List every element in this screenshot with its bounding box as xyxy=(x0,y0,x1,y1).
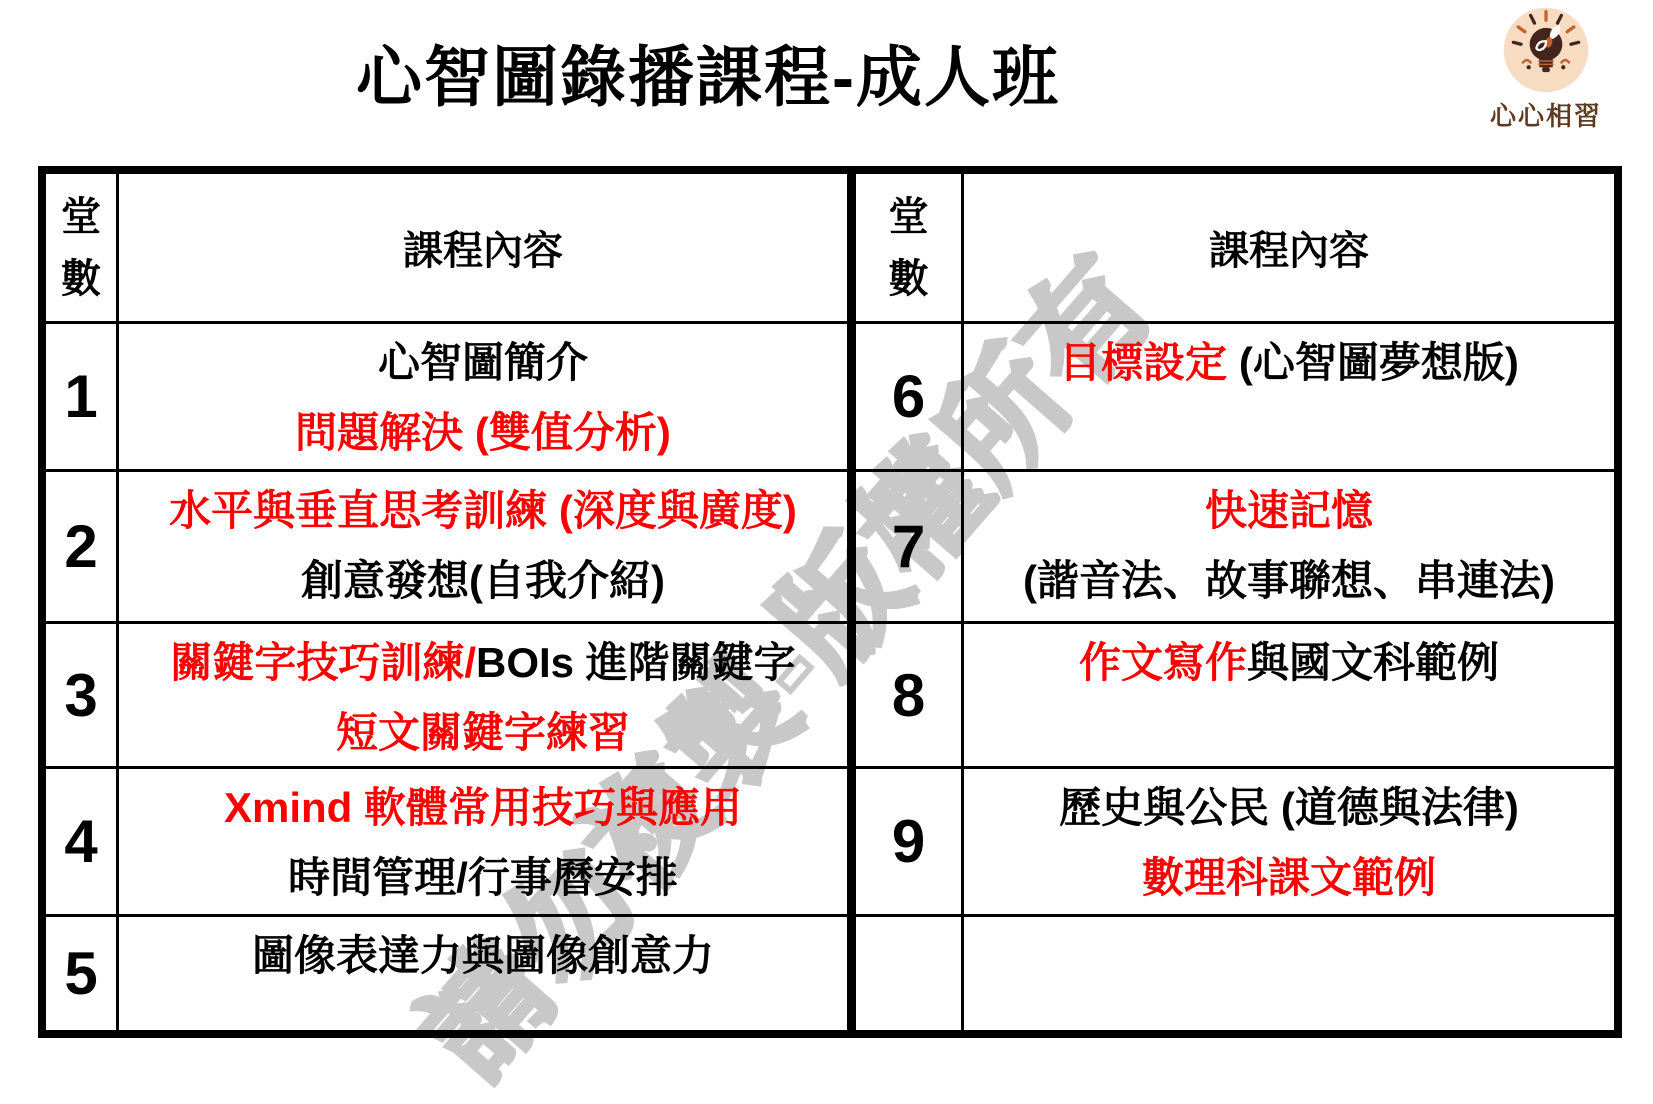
session-number-cell: 6 xyxy=(856,324,964,472)
course-line: 創意發想(自我介紹) xyxy=(301,556,665,606)
course-content-cell: 心智圖簡介 問題解決 (雙值分析) xyxy=(119,324,856,472)
course-text-segment: 快速記憶 xyxy=(1205,487,1373,534)
course-text-segment: 圖像表達力與圖像創意力 xyxy=(252,932,714,979)
course-content-cell: 水平與垂直思考訓練 (深度與廣度) 創意發想(自我介紹) xyxy=(119,472,856,624)
course-text-segment: 問題解決 (雙值分析) xyxy=(295,409,671,456)
course-content-cell: Xmind 軟體常用技巧與應用 時間管理/行事曆安排 xyxy=(119,769,856,917)
course-line: 數理科課文範例 xyxy=(1142,853,1436,903)
course-text-segment: 創意發想(自我介紹) xyxy=(301,557,665,604)
course-text-segment: 數理科課文範例 xyxy=(1142,854,1436,901)
header-content-label: 課程內容 xyxy=(1209,219,1369,276)
course-content-cell: 快速記憶 (諧音法、故事聯想、串連法) xyxy=(964,472,1614,624)
course-content-cell: 關鍵字技巧訓練/BOIs 進階關鍵字 短文關鍵字練習 xyxy=(119,624,856,769)
course-line: Xmind 軟體常用技巧與應用 xyxy=(224,783,742,833)
course-content-cell: 目標設定 (心智圖夢想版) xyxy=(964,324,1614,472)
table-header-sessions-left: 堂數 xyxy=(46,174,119,324)
course-text-segment: 水平與垂直思考訓練 (深度與廣度) xyxy=(169,487,797,534)
course-line: 短文關鍵字練習 xyxy=(336,708,630,758)
logo-text: 心心相習 xyxy=(1490,96,1602,133)
course-line: 歷史與公民 (道德與法律) xyxy=(1059,783,1519,833)
course-text-segment: (心智圖夢想版) xyxy=(1227,339,1519,386)
course-line: 目標設定 (心智圖夢想版) xyxy=(1059,338,1519,388)
header-sessions-label: 堂數 xyxy=(887,186,931,310)
course-content-cell: 歷史與公民 (道德與法律) 數理科課文範例 xyxy=(964,769,1614,917)
logo: 心心相習 xyxy=(1480,2,1612,133)
course-table: 堂數 課程內容 堂數 課程內容 1 心智圖簡介 問題解決 (雙值分析) 6 目標… xyxy=(38,166,1622,1038)
session-number-cell: 5 xyxy=(46,917,119,1030)
course-line: 圖像表達力與圖像創意力 xyxy=(252,931,714,981)
session-number-cell: 2 xyxy=(46,472,119,624)
course-line: 作文寫作與國文科範例 xyxy=(1079,638,1499,688)
course-text-segment: 作文寫作 xyxy=(1079,639,1247,686)
session-number-cell: 1 xyxy=(46,324,119,472)
course-line: 心智圖簡介 xyxy=(378,338,588,388)
page-title: 心智圖錄播課程-成人班 xyxy=(38,24,1378,119)
header-content-label: 課程內容 xyxy=(403,219,563,276)
course-line: 關鍵字技巧訓練/BOIs 進階關鍵字 xyxy=(170,638,795,688)
slide-page: 請勿複製-版權所有 心智圖錄播課程-成人班 xyxy=(0,0,1653,1104)
table-header-sessions-right: 堂數 xyxy=(856,174,964,324)
session-number-cell: 3 xyxy=(46,624,119,769)
course-text-segment: 與國文科範例 xyxy=(1247,639,1499,686)
course-content-cell: 圖像表達力與圖像創意力 xyxy=(119,917,856,1030)
session-number-cell: 4 xyxy=(46,769,119,917)
course-text-segment: Xmind 軟體常用技巧與應用 xyxy=(224,784,742,831)
course-line: 問題解決 (雙值分析) xyxy=(295,408,671,458)
session-number-cell: 8 xyxy=(856,624,964,769)
course-text-segment: 歷史與公民 (道德與法律) xyxy=(1059,784,1519,831)
course-text-segment: 短文關鍵字練習 xyxy=(336,709,630,756)
session-number-cell: 9 xyxy=(856,769,964,917)
table-header-content-left: 課程內容 xyxy=(119,174,856,324)
course-text-segment: 關鍵字技巧訓練/ xyxy=(170,639,476,686)
course-content-cell: 作文寫作與國文科範例 xyxy=(964,624,1614,769)
course-text-segment: 心智圖簡介 xyxy=(378,339,588,386)
course-content-cell-empty xyxy=(964,917,1614,1030)
course-line: 快速記憶 xyxy=(1205,486,1373,536)
course-text-segment: 目標設定 xyxy=(1059,339,1227,386)
course-text-segment: (諧音法、故事聯想、串連法) xyxy=(1023,557,1555,604)
course-line: (諧音法、故事聯想、串連法) xyxy=(1023,556,1555,606)
session-number-cell: 7 xyxy=(856,472,964,624)
header-sessions-label: 堂數 xyxy=(59,186,103,310)
course-text-segment: BOIs 進階關鍵字 xyxy=(476,639,796,686)
table-header-content-right: 課程內容 xyxy=(964,174,1614,324)
course-line: 時間管理/行事曆安排 xyxy=(288,853,678,903)
course-line: 水平與垂直思考訓練 (深度與廣度) xyxy=(169,486,797,536)
session-number-cell xyxy=(856,917,964,1030)
lightbulb-sprout-icon xyxy=(1498,2,1594,98)
course-text-segment: 時間管理/行事曆安排 xyxy=(288,854,678,901)
